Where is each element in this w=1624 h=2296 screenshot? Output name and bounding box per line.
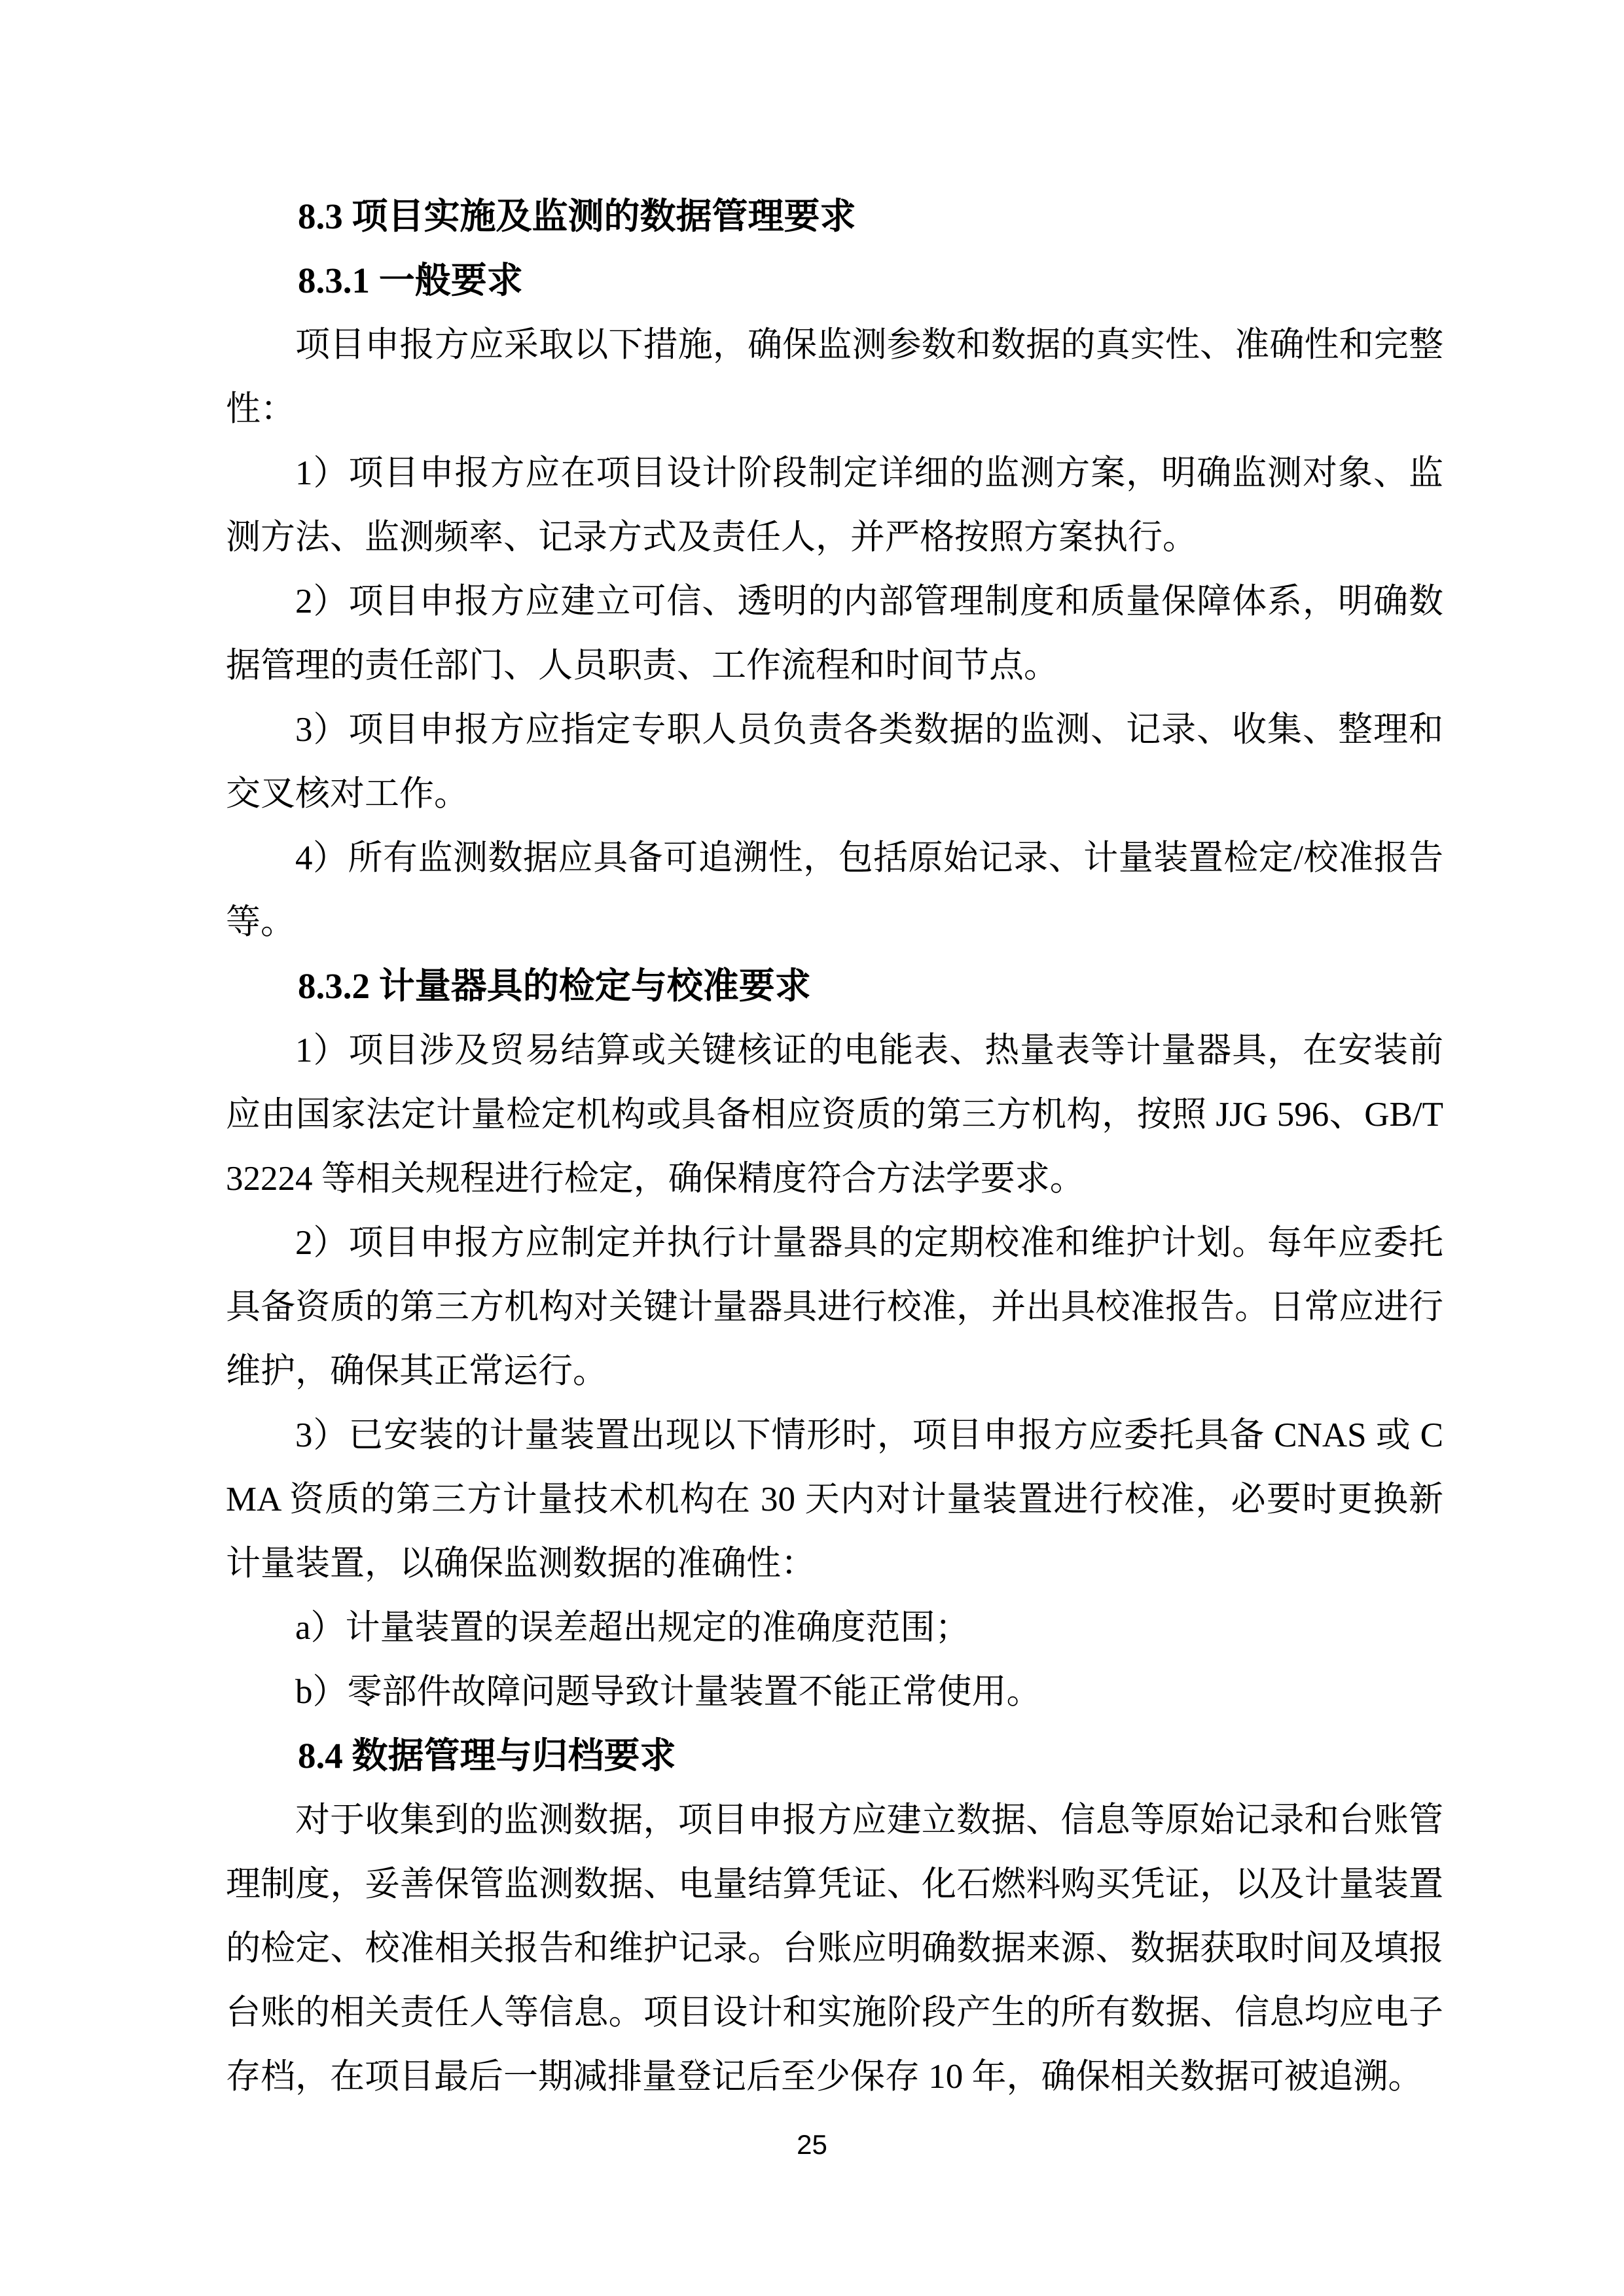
para-requirement-1: 1）项目申报方应在项目设计阶段制定详细的监测方案，明确监测对象、监测方法、监测频… <box>226 441 1443 569</box>
para-calibration-2: 2）项目申报方应制定并执行计量器具的定期校准和维护计划。每年应委托具备资质的第三… <box>226 1211 1443 1403</box>
para-requirement-2: 2）项目申报方应建立可信、透明的内部管理制度和质量保障体系，明确数据管理的责任部… <box>226 569 1443 698</box>
para-condition-b: b）零部件故障问题导致计量装置不能正常使用。 <box>226 1660 1443 1724</box>
heading-8-3-1: 8.3.1 一般要求 <box>226 249 1443 313</box>
para-condition-a: a）计量装置的误差超出规定的准确度范围； <box>226 1596 1443 1660</box>
heading-8-4: 8.4 数据管理与归档要求 <box>226 1724 1443 1788</box>
page-content: 8.3 项目实施及监测的数据管理要求 8.3.1 一般要求 项目申报方应采取以下… <box>226 185 1443 2109</box>
para-calibration-1: 1）项目涉及贸易结算或关键核证的电能表、热量表等计量器具，在安装前应由国家法定计… <box>226 1018 1443 1211</box>
para-intro: 项目申报方应采取以下措施，确保监测参数和数据的真实性、准确性和完整性： <box>226 313 1443 441</box>
heading-8-3-2: 8.3.2 计量器具的检定与校准要求 <box>226 954 1443 1018</box>
document-page: 8.3 项目实施及监测的数据管理要求 8.3.1 一般要求 项目申报方应采取以下… <box>0 0 1624 2296</box>
heading-8-3: 8.3 项目实施及监测的数据管理要求 <box>226 185 1443 249</box>
para-calibration-3: 3）已安装的计量装置出现以下情形时，项目申报方应委托具备 CNAS 或 CMA … <box>226 1403 1443 1596</box>
page-number: 25 <box>0 2128 1624 2161</box>
para-requirement-4: 4）所有监测数据应具备可追溯性，包括原始记录、计量装置检定/校准报告等。 <box>226 826 1443 954</box>
para-archiving: 对于收集到的监测数据，项目申报方应建立数据、信息等原始记录和台账管理制度，妥善保… <box>226 1788 1443 2109</box>
para-requirement-3: 3）项目申报方应指定专职人员负责各类数据的监测、记录、收集、整理和交叉核对工作。 <box>226 698 1443 826</box>
